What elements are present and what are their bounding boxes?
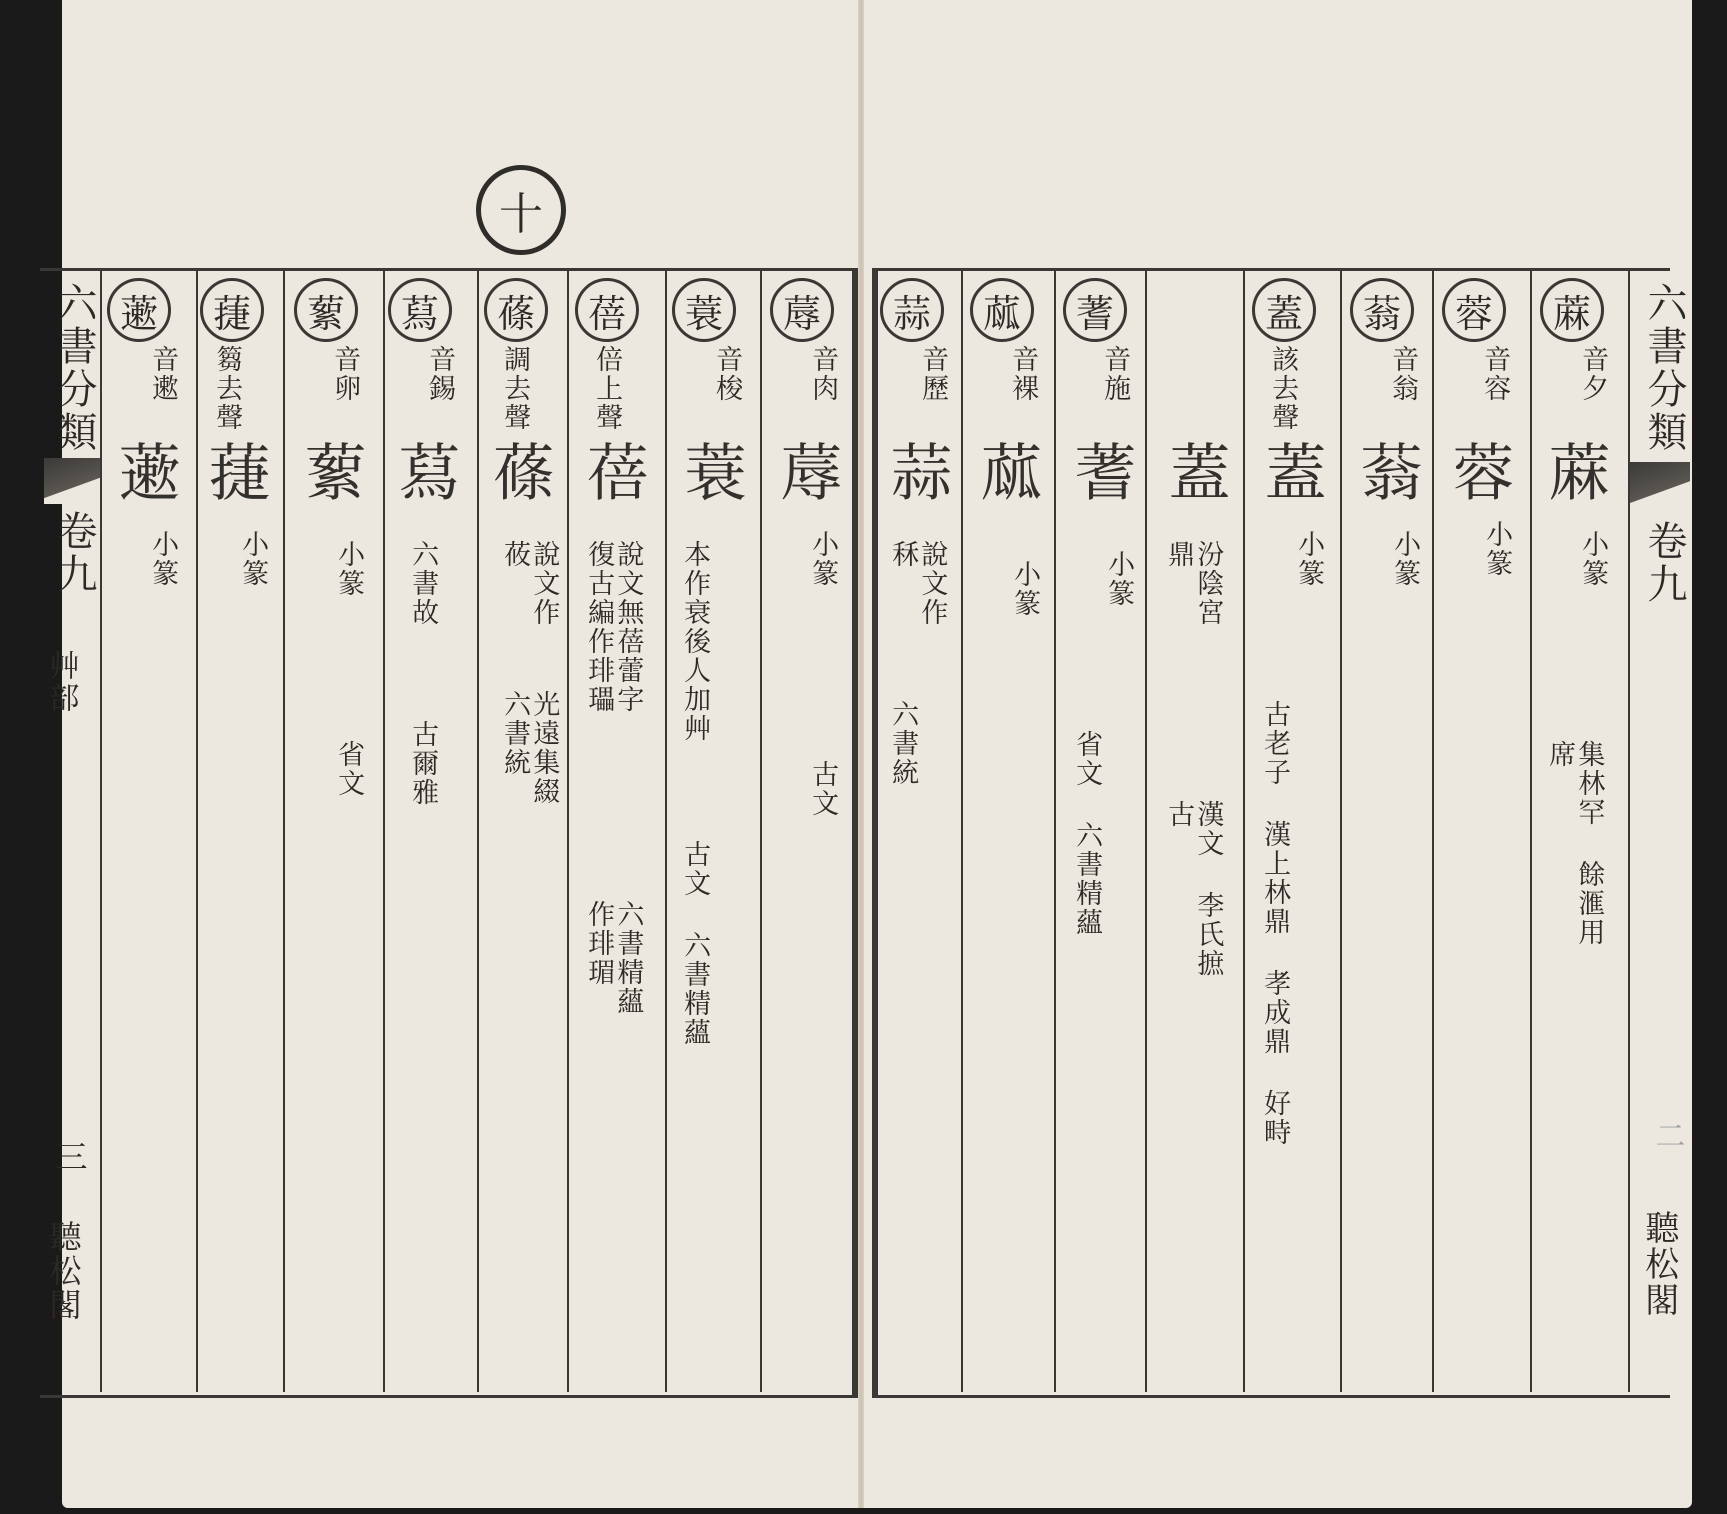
reading-note: 音梭 xyxy=(712,345,741,403)
seal-form: 蓏 xyxy=(972,440,1039,508)
column-rule xyxy=(283,271,285,1392)
head-character: 蓑 xyxy=(672,278,736,342)
reading-note: 倍上聲 xyxy=(592,345,621,455)
head-character: 蓋 xyxy=(1252,278,1316,342)
seal-form: 藗 xyxy=(110,440,177,508)
column-rule xyxy=(1243,271,1245,1392)
variant-source: 六書統 xyxy=(888,700,917,830)
head-character: 蓓 xyxy=(575,278,639,342)
head-character: 蕠 xyxy=(294,278,358,342)
seal-form: 蓋 xyxy=(1256,440,1323,508)
head-character: 蒜 xyxy=(880,278,944,342)
variant-source: 古文 六書精蘊 xyxy=(680,840,709,1090)
left-margin-title: 六書分類 xyxy=(46,282,103,454)
head-character: 蓧 xyxy=(484,278,548,342)
seal-caption: 小篆 xyxy=(148,530,177,588)
column-rule xyxy=(1432,271,1434,1392)
head-character: 蓉 xyxy=(1442,278,1506,342)
right-publisher: 聽松閣 xyxy=(1640,1210,1677,1318)
reading-note: 音翁 xyxy=(1388,345,1417,403)
head-character: 蓵 xyxy=(200,278,264,342)
column-rule xyxy=(665,271,667,1392)
seal-caption: 六書故 xyxy=(408,540,437,640)
seal-caption: 小篆 xyxy=(1578,530,1607,588)
head-character: 蓊 xyxy=(1350,278,1414,342)
variant-source: 集林罕 餘滙用席 xyxy=(1545,740,1603,970)
fish-tail-mark xyxy=(1630,462,1690,508)
seal-form: 蕮 xyxy=(390,440,457,508)
seal-form: 蓍 xyxy=(1066,440,1133,508)
left-page-number: 三 xyxy=(52,1140,87,1174)
seal-caption: 小篆 xyxy=(1390,530,1419,588)
column-rule xyxy=(1530,271,1532,1392)
seal-caption: 說文作莜 xyxy=(500,540,558,650)
book-gutter xyxy=(858,0,864,1508)
column-rule xyxy=(760,271,762,1392)
seal-form: 蔴 xyxy=(1540,440,1607,508)
seal-caption: 說文無蓓蕾字 復古編作琲瓃 xyxy=(584,540,642,770)
reading-note: 音遬 xyxy=(148,345,177,403)
reading-note: 音卵 xyxy=(330,345,359,403)
seal-caption: 小篆 xyxy=(1482,520,1511,578)
seal-caption: 本作衰後人加艸 xyxy=(680,540,709,770)
head-character: 蓍 xyxy=(1063,278,1127,342)
seal-caption: 小篆 xyxy=(238,530,267,588)
right-margin-volume: 卷九 xyxy=(1636,520,1693,606)
reading-note: 音施 xyxy=(1100,345,1129,403)
variant-source: 光遠集綴 六書統 xyxy=(500,690,558,820)
left-margin-volume: 卷九 xyxy=(46,510,103,596)
seal-form: 蓓 xyxy=(578,440,645,508)
seal-form: 蕠 xyxy=(296,440,363,508)
variant-source: 古文 xyxy=(808,760,837,818)
column-rule xyxy=(383,271,385,1392)
seal-caption: 汾陰宮鼎 xyxy=(1164,540,1222,650)
seal-form: 蓊 xyxy=(1352,440,1419,508)
seal-caption: 小篆 xyxy=(1294,530,1323,588)
column-rule xyxy=(477,271,479,1392)
seal-form: 蓵 xyxy=(200,440,267,508)
reading-note: 音夕 xyxy=(1578,345,1607,403)
seal-caption: 小篆 xyxy=(334,540,363,598)
column-rule xyxy=(961,271,963,1392)
head-character: 蓐 xyxy=(770,278,834,342)
seal-caption: 小篆 xyxy=(1010,560,1039,618)
head-character: 蓏 xyxy=(970,278,1034,342)
left-margin-section: 艸部 xyxy=(44,650,76,714)
right-page-number: 二 xyxy=(1650,1120,1682,1152)
variant-source: 省文 xyxy=(334,740,363,798)
head-character: 蕮 xyxy=(388,278,452,342)
reading-note: 音錫 xyxy=(425,345,454,403)
reading-note: 音裸 xyxy=(1008,345,1037,403)
variant-source: 古老子 漢上林鼎 孝成鼎 好畤 xyxy=(1260,700,1289,1260)
seal-caption: 小篆 xyxy=(1104,550,1133,608)
left-page-frame xyxy=(40,268,858,1398)
folio-stamp: 十 xyxy=(476,165,566,255)
head-character: 藗 xyxy=(107,278,171,342)
right-margin-rule xyxy=(1628,271,1630,1392)
head-character: 蔴 xyxy=(1540,278,1604,342)
reading-note: 調去聲 xyxy=(500,345,529,455)
variant-source: 省文 六書精蘊 xyxy=(1072,730,1101,960)
seal-form: 蓉 xyxy=(1444,440,1511,508)
column-rule xyxy=(1145,271,1147,1392)
reading-note: 音歷 xyxy=(918,345,947,403)
variant-source: 六書精蘊 作琲瑂 xyxy=(584,900,642,1070)
right-margin-title: 六書分類 xyxy=(1636,282,1693,454)
column-rule xyxy=(567,271,569,1392)
reading-note: 音肉 xyxy=(808,345,837,403)
column-rule xyxy=(1340,271,1342,1392)
seal-form: 蒜 xyxy=(882,440,949,508)
fish-tail-mark xyxy=(44,458,100,504)
seal-form: 蓋 xyxy=(1160,440,1227,508)
seal-caption: 說文作秝 xyxy=(888,540,946,650)
variant-source: 古爾雅 xyxy=(408,720,437,820)
reading-note: 音容 xyxy=(1480,345,1509,403)
variant-source: 漢文 李氏摭古 xyxy=(1164,800,1222,990)
seal-form: 蓧 xyxy=(484,440,551,508)
column-rule xyxy=(1054,271,1056,1392)
seal-form: 蓑 xyxy=(676,440,743,508)
seal-form: 蓐 xyxy=(772,440,839,508)
reading-note: 該去聲 xyxy=(1268,345,1297,455)
left-publisher: 聽松閣 xyxy=(46,1220,81,1322)
seal-caption: 小篆 xyxy=(808,530,837,588)
